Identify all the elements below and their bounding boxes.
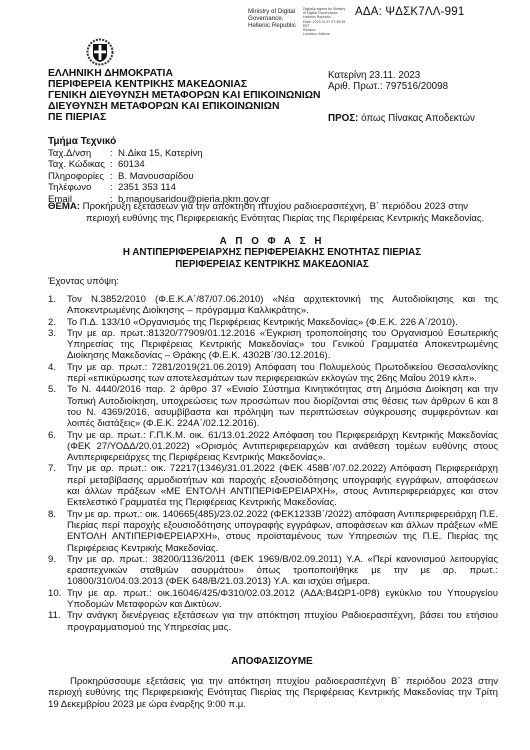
- considering-label: Έχοντας υπόψη:: [48, 276, 119, 287]
- item-text: Την με αρ. πρωτ.: 7281/2019(21.06.2019) …: [67, 362, 498, 385]
- contact-label: Ταχ.Δ/νση: [48, 148, 110, 159]
- item-number: 3.: [48, 328, 67, 362]
- contact-details: Ταχ.Δ/νση:Ν.Δίκα 15, Κατερίνη Ταχ. Κώδικ…: [48, 148, 269, 205]
- item-text: Την με αρ. πρωτ.: Γ.Π.Κ.Μ. οικ. 61/13.01…: [67, 430, 498, 464]
- consideration-item: 4.Την με αρ. πρωτ.: 7281/2019(21.06.2019…: [48, 362, 498, 385]
- document-date: Κατερίνη 23.11. 2023: [328, 70, 448, 81]
- subject-line: περιοχή ευθύνης της Περιφερειακής Ενότητ…: [48, 213, 496, 225]
- decision-heading: Α Π Ο Φ Α Σ Η: [48, 236, 496, 247]
- item-text: Την με αρ. πρωτ.:81320/77909/01.12.2016 …: [67, 328, 498, 362]
- contact-label: Τηλέφωνο: [48, 182, 110, 193]
- consideration-item: 11.Την ανάγκη διενέργειας εξετάσεων για …: [48, 610, 498, 633]
- item-text: Το Π.Δ. 133/10 «Οργανισμός της Περιφέρει…: [67, 317, 498, 328]
- decision-region: ΠΕΡΙΦΕΡΕΙΑΣ ΚΕΝΤΡΙΚΗΣ ΜΑΚΕΔΟΝΙΑΣ: [48, 259, 496, 270]
- item-number: 6.: [48, 430, 67, 464]
- we-decide-heading: ΑΠΟΦΑΣΙΖΟΥΜΕ: [48, 656, 496, 667]
- signature-signer-line: Ministry of Digital: [248, 8, 296, 15]
- item-text: Την ανάγκη διενέργειας εξετάσεων για την…: [67, 610, 498, 633]
- contact-label: Πληροφορίες: [48, 171, 110, 182]
- item-number: 2.: [48, 317, 67, 328]
- consideration-item: 9.Την με αρ. πρωτ.: 38200/1136/2011 (ΦΕΚ…: [48, 554, 498, 588]
- signature-detail-line: Location: Athens: [303, 32, 358, 36]
- consideration-item: 10.Την με αρ. πρωτ.: οικ.16046/425/Φ310/…: [48, 588, 498, 611]
- subject-label: ΘΕΜΑ:: [48, 201, 80, 212]
- item-number: 4.: [48, 362, 67, 385]
- contact-row: Πληροφορίες:Β. Μανουσαρίδου: [48, 171, 269, 182]
- subject: ΘΕΜΑ: Προκήρυξη εξετάσεων για την απόκτη…: [48, 201, 496, 224]
- subject-line: Προκήρυξη εξετάσεων για την απόκτηση πτυ…: [83, 201, 468, 212]
- item-text: Τον Ν.3852/2010 (Φ.Ε.Κ.Α΄/87/07.06.2010)…: [67, 294, 498, 317]
- recipients-value: όπως Πίνακας Αποδεκτών: [361, 113, 475, 124]
- item-number: 11.: [48, 610, 67, 633]
- consideration-item: 1.Τον Ν.3852/2010 (Φ.Ε.Κ.Α΄/87/07.06.201…: [48, 294, 498, 317]
- ada-code: ΑΔΑ: ΨΔΣΚ7ΛΛ-991: [355, 6, 464, 18]
- consideration-item: 8.Την με αρ. πρωτ.: οικ. 140665(485)/23.…: [48, 509, 498, 554]
- header-line: ΔΙΕΥΘΥΝΣΗ ΜΕΤΑΦΟΡΩΝ ΚΑΙ ΕΠΙΚΟΙΝΩΝΙΩΝ: [48, 101, 321, 112]
- hellenic-republic-emblem-icon: [86, 38, 114, 66]
- protocol-number: Αριθ. Πρωτ.: 797516/20098: [328, 81, 448, 92]
- contact-label: Ταχ. Κώδικας: [48, 159, 110, 170]
- contact-row: Ταχ. Κώδικας:60134: [48, 159, 269, 170]
- contact-value: 2351 353 114: [118, 182, 176, 193]
- recipients-label: ΠΡΟΣ:: [328, 113, 358, 124]
- considerations-list: 1.Τον Ν.3852/2010 (Φ.Ε.Κ.Α΄/87/07.06.201…: [48, 294, 498, 633]
- item-number: 9.: [48, 554, 67, 588]
- item-number: 1.: [48, 294, 67, 317]
- issuer-header: ΕΛΛΗΝΙΚΗ ΔΗΜΟΚΡΑΤΙΑ ΠΕΡΙΦΕΡΕΙΑ ΚΕΝΤΡΙΚΗΣ…: [48, 68, 321, 123]
- decision-issuer: Η ΑΝΤΙΠΕΡΙΦΕΡΕΙΑΡΧΗΣ ΠΕΡΙΦΕΡΕΙΑΚΗΣ ΕΝΟΤΗ…: [48, 247, 496, 258]
- consideration-item: 6.Την με αρ. πρωτ.: Γ.Π.Κ.Μ. οικ. 61/13.…: [48, 430, 498, 464]
- signature-signer: Ministry of Digital Governance, Hellenic…: [248, 8, 296, 29]
- contact-value: Ν.Δίκα 15, Κατερίνη: [118, 148, 203, 159]
- item-text: Την με αρ. πρωτ.: οικ.16046/425/Φ310/02.…: [67, 588, 498, 611]
- header-line: ΓΕΝΙΚΗ ΔΙΕΥΘΥΝΣΗ ΜΕΤΑΦΟΡΩΝ ΚΑΙ ΕΠΙΚΟΙΝΩΝ…: [48, 90, 321, 101]
- item-text: Την με αρ. πρωτ.: 38200/1136/2011 (ΦΕΚ 1…: [67, 554, 498, 588]
- contact-row: Ταχ.Δ/νση:Ν.Δίκα 15, Κατερίνη: [48, 148, 269, 159]
- contact-row: Τηλέφωνο:2351 353 114: [48, 182, 269, 193]
- consideration-item: 7.Την με αρ. πρωτ.: οικ. 72217(1346)/31.…: [48, 463, 498, 508]
- item-text: Το Ν. 4440/2016 παρ. 2 άρθρο 37 «Ενιαίο …: [67, 384, 498, 429]
- item-number: 10.: [48, 588, 67, 611]
- contact-value: 60134: [118, 159, 145, 170]
- item-text: Την με αρ. πρωτ.: οικ. 72217(1346)/31.01…: [67, 463, 498, 508]
- signature-signer-line: Governance,: [248, 15, 296, 22]
- consideration-item: 2.Το Π.Δ. 133/10 «Οργανισμός της Περιφέρ…: [48, 317, 498, 328]
- recipients: ΠΡΟΣ: όπως Πίνακας Αποδεκτών: [328, 113, 475, 124]
- item-number: 7.: [48, 463, 67, 508]
- decision-title: Α Π Ο Φ Α Σ Η Η ΑΝΤΙΠΕΡΙΦΕΡΕΙΑΡΧΗΣ ΠΕΡΙΦ…: [48, 236, 496, 270]
- header-line: ΠΕΡΙΦΕΡΕΙΑ ΚΕΝΤΡΙΚΗΣ ΜΑΚΕΔΟΝΙΑΣ: [48, 79, 321, 90]
- contact-value: Β. Μανουσαρίδου: [118, 171, 194, 182]
- consideration-item: 3.Την με αρ. πρωτ.:81320/77909/01.12.201…: [48, 328, 498, 362]
- date-protocol: Κατερίνη 23.11. 2023 Αριθ. Πρωτ.: 797516…: [328, 70, 448, 92]
- item-number: 5.: [48, 384, 67, 429]
- item-number: 8.: [48, 509, 67, 554]
- header-line: ΕΛΛΗΝΙΚΗ ΔΗΜΟΚΡΑΤΙΑ: [48, 68, 321, 79]
- consideration-item: 5.Το Ν. 4440/2016 παρ. 2 άρθρο 37 «Ενιαί…: [48, 384, 498, 429]
- signature-details: Digitally signed by Ministry of Digital …: [303, 7, 358, 36]
- department: Τμήμα Τεχνικό: [48, 136, 116, 147]
- item-text: Την με αρ. πρωτ.: οικ. 140665(485)/23.02…: [67, 509, 498, 554]
- header-line: ΠΕ ΠΙΕΡΙΑΣ: [48, 112, 321, 123]
- signature-signer-line: Hellenic Republic: [248, 22, 296, 29]
- final-paragraph: Προκηρύσσουμε εξετάσεις για την απόκτηση…: [48, 676, 498, 710]
